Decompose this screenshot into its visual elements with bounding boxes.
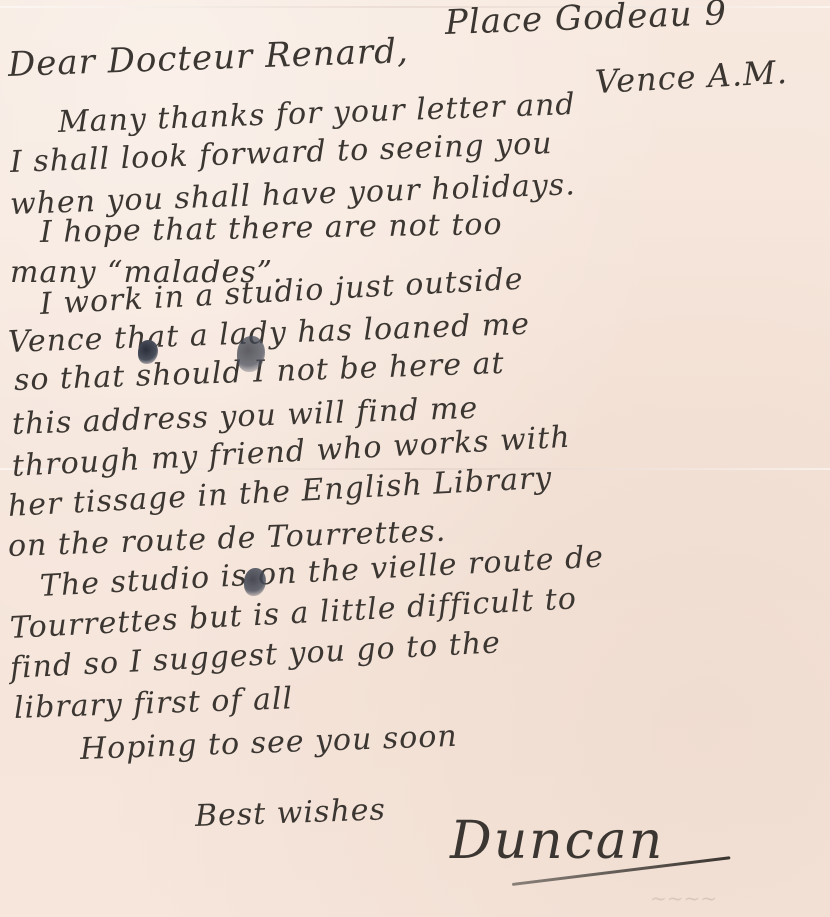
letter-page: Place Godeau 9 Vence A.M. Dear Docteur R… [0,0,830,917]
body-line: library first of all [13,684,293,724]
pencil-mark: ~~~~ [650,888,717,908]
signature: Duncan [450,815,664,867]
salutation: Dear Docteur Renard, [7,34,409,82]
closing-line: Hoping to see you soon [79,722,458,765]
body-line: I hope that there are not too [40,210,503,248]
address-line-1: Place Godeau 9 [444,0,727,40]
valediction: Best wishes [194,795,386,832]
address-line-2: Vence A.M. [594,56,788,98]
